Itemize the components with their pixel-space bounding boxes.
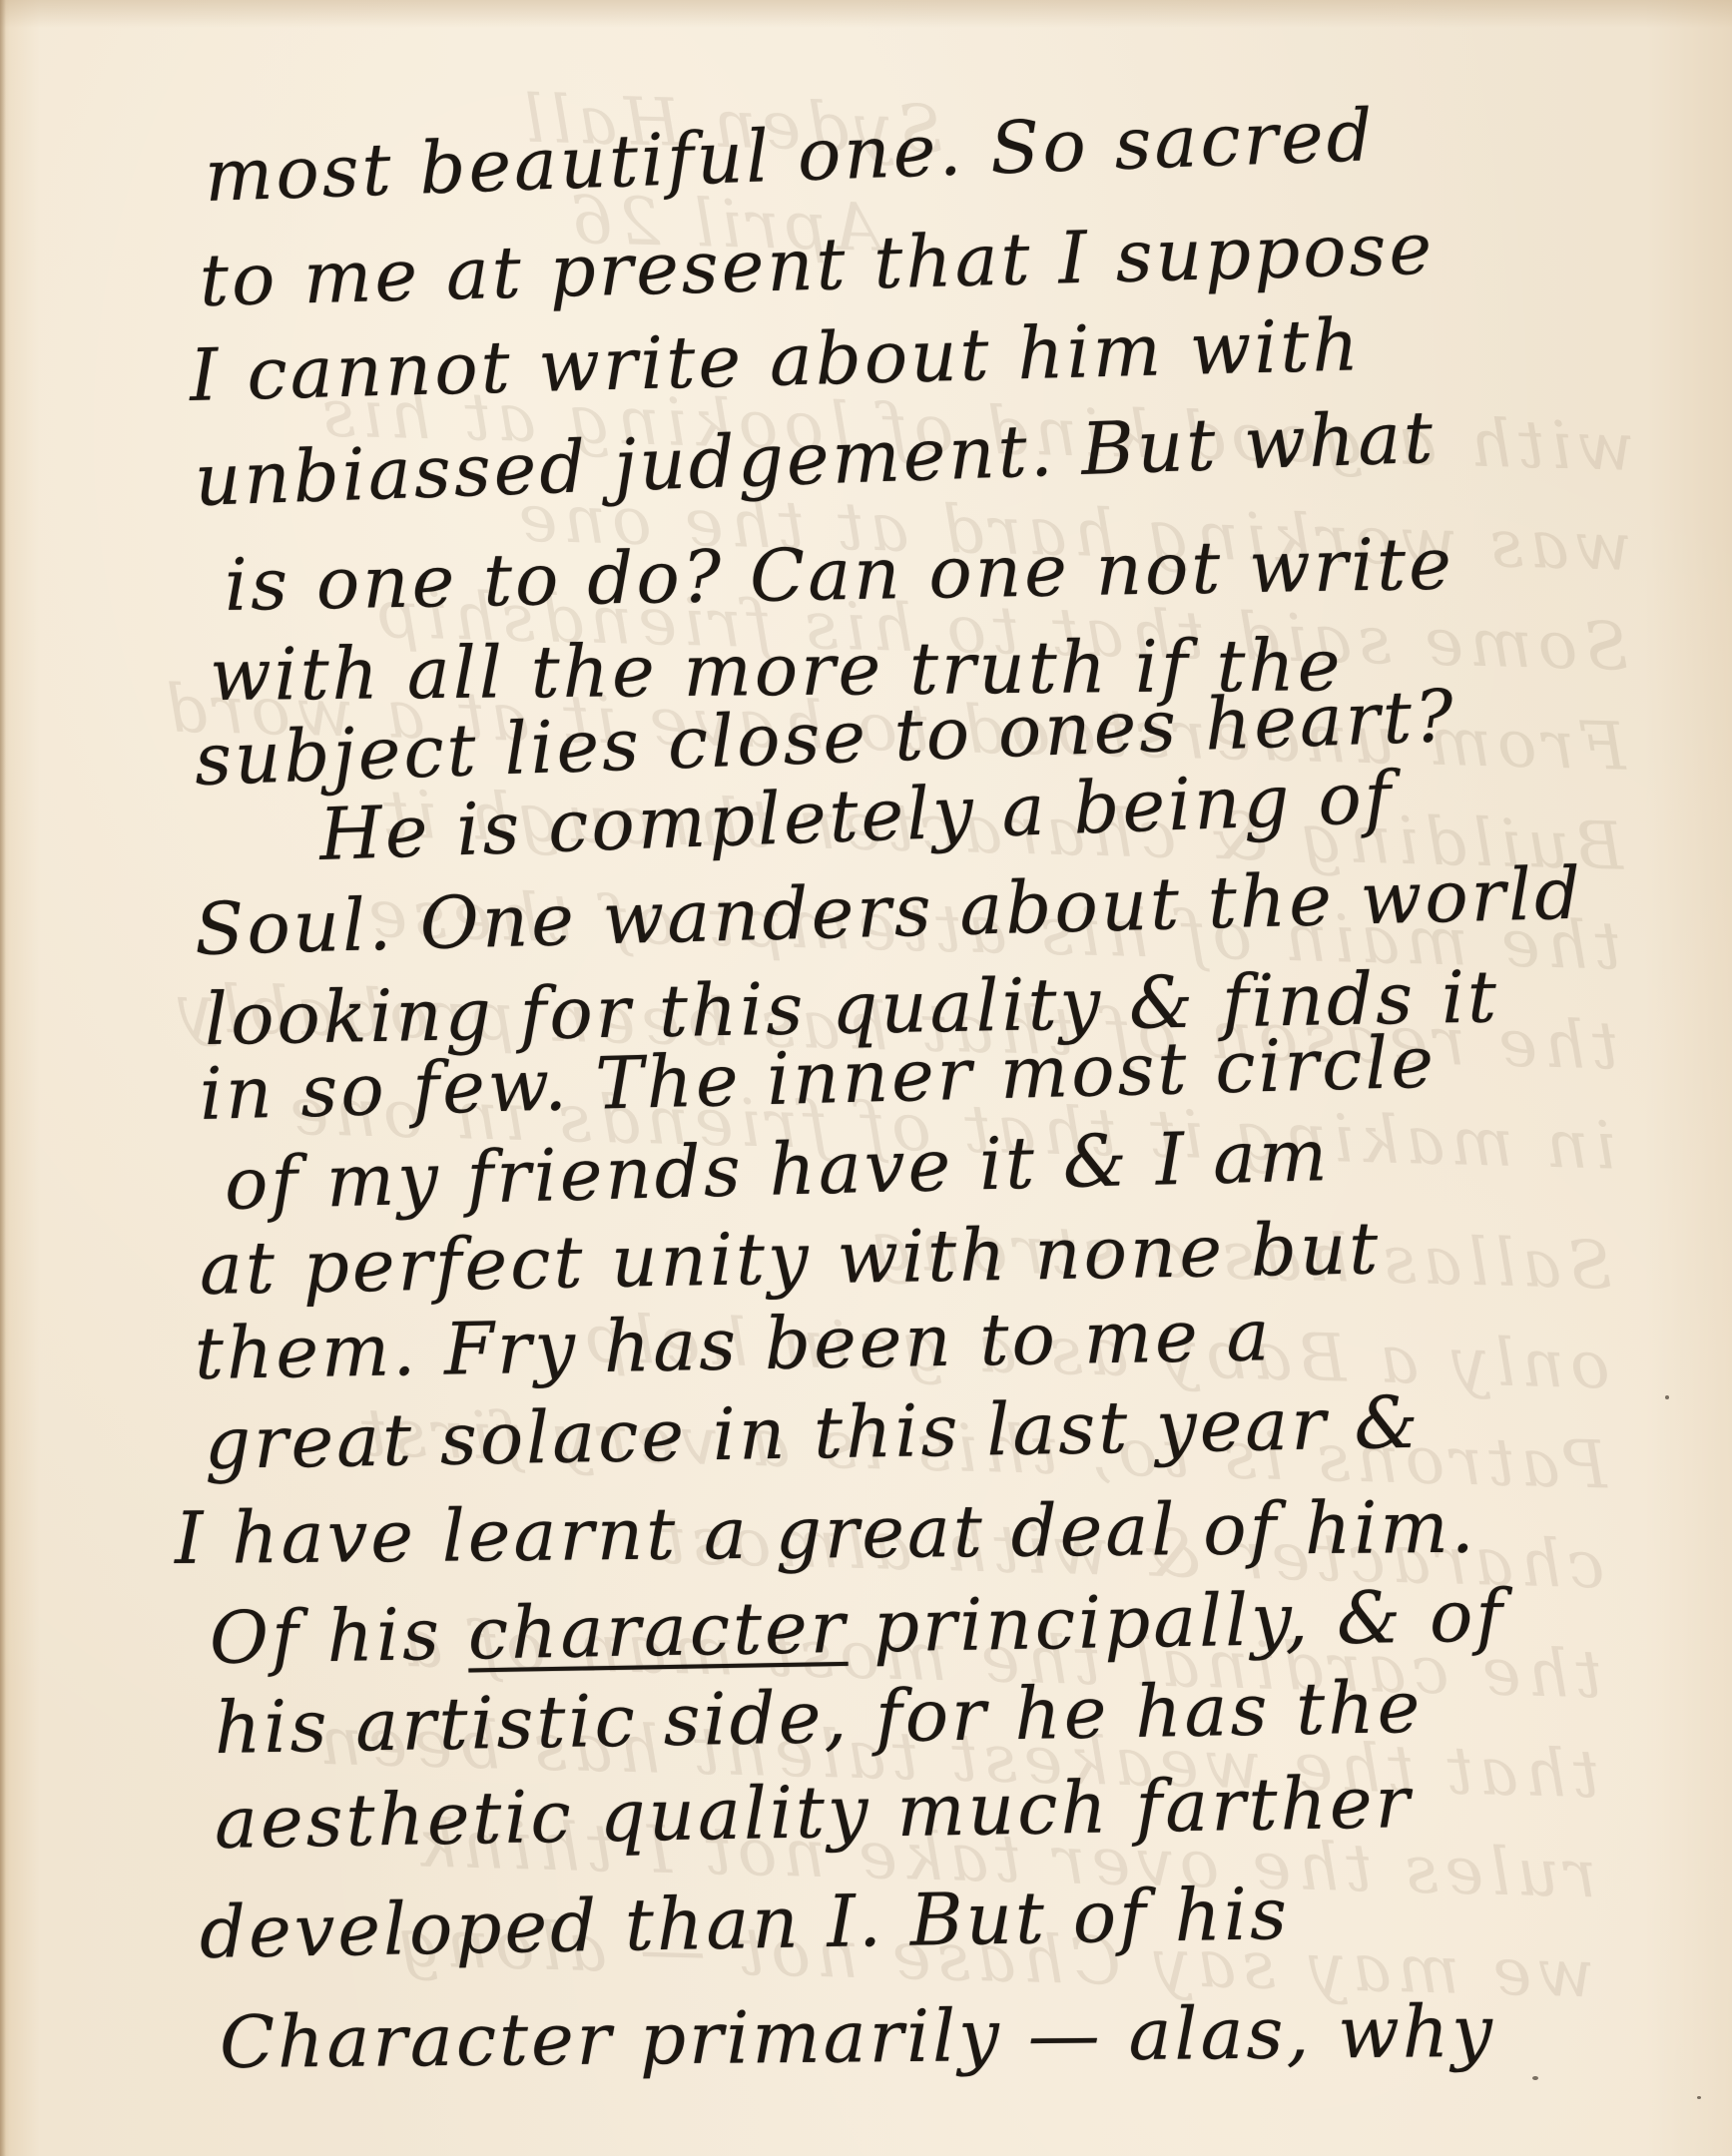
ink-speck [1532,2076,1538,2080]
text-line: to me at present that I suppose [199,213,1436,316]
text-line: is one to do? Can one not write [224,528,1454,621]
ink-speck [1665,1395,1669,1399]
text-line-with-underline: Of his character principally, & of [209,1579,1505,1674]
text-line: his artistic side, for he has the [214,1671,1423,1764]
text-line: unbiassed judgement. But what [194,401,1437,516]
text-line: aesthetic quality much farther [214,1766,1413,1859]
ink-speck [1697,2096,1701,2099]
manuscript-page: Syden Hall April 26 with a good kind of … [0,0,1732,2156]
text-line: at perfect unity with none but [199,1212,1381,1305]
text-fragment: Of his [209,1591,468,1680]
text-line: Character primarily — alas, why [220,1995,1495,2078]
text-line: them. Fry has been to me a [194,1299,1273,1389]
text-fragment: principally, & of [847,1573,1505,1668]
text-line: I have learnt a great deal of him. [175,1491,1477,1574]
text-line: great solace in this last year & [204,1386,1422,1479]
text-line: I cannot write about him with [189,308,1363,411]
handwritten-text: most beautiful one. So sacred to me at p… [0,0,1732,2156]
underlined-word: character [467,1585,849,1676]
text-line: of my friends have it & I am [224,1119,1331,1220]
text-line: most beautiful one. So sacred [204,99,1377,212]
text-line: developed than I. But of his [199,1878,1290,1968]
